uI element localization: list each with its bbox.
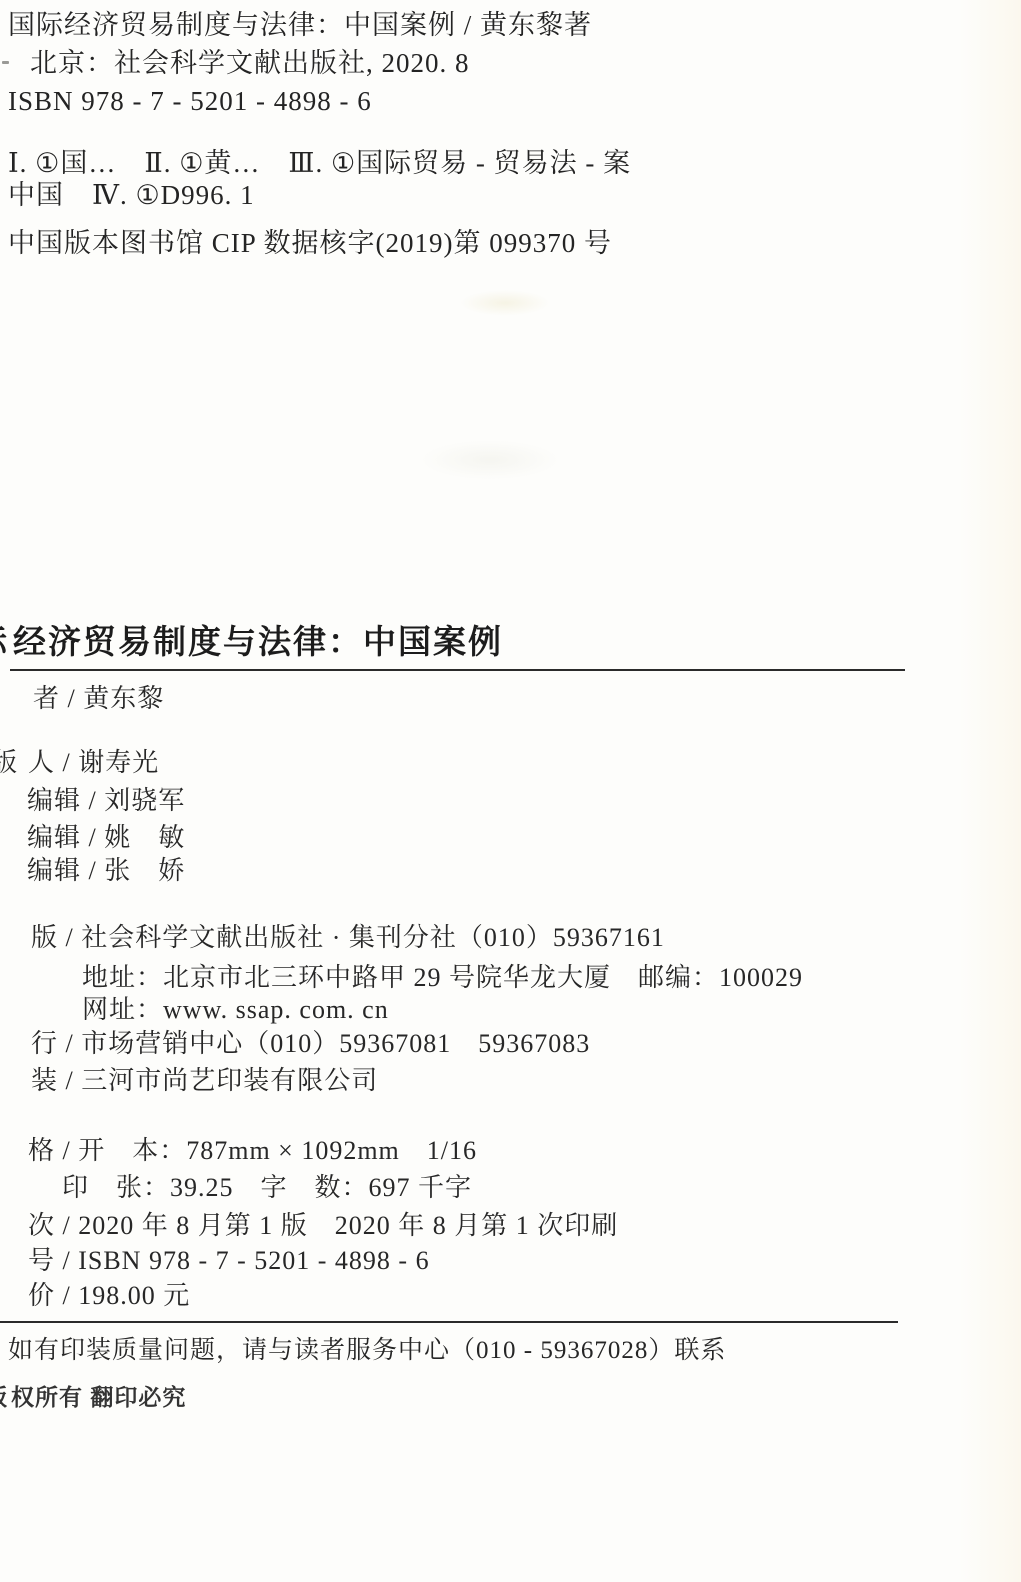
publisher-website: 网址：www. ssap. com. cn bbox=[82, 994, 389, 1025]
book-title-text: 经济贸易制度与法律：中国案例 bbox=[13, 623, 503, 660]
title-divider bbox=[10, 669, 905, 671]
rights-statement: 版权所有 翻印必究 bbox=[0, 1383, 186, 1411]
cip-isbn-line: ISBN 978 - 7 - 5201 - 4898 - 6 bbox=[8, 84, 372, 118]
book-copyright-page: 国际经济贸易制度与法律：中国案例 / 黄东黎著 北京：社会科学文献出版社, 20… bbox=[0, 0, 1021, 1582]
quality-notice: 如有印装质量问题，请与读者服务中心（010 - 59367028）联系 bbox=[8, 1336, 726, 1366]
cip-registration-line: 中国版本图书馆 CIP 数据核字(2019)第 099370 号 bbox=[8, 226, 612, 260]
price-line: 价 / 198.00 元 bbox=[28, 1280, 190, 1311]
credit-editor-3: 编辑 / 张 娇 bbox=[27, 855, 185, 886]
footer-divider bbox=[0, 1321, 898, 1323]
scan-artifact-smudge bbox=[420, 440, 560, 480]
format-sheets-line: 印 张：39.25 字 数：697 千字 bbox=[62, 1172, 472, 1203]
credit-author: 者 / 黄东黎 bbox=[33, 683, 164, 714]
format-size-line: 格 / 开 本：787mm × 1092mm 1/16 bbox=[28, 1135, 477, 1166]
isbn-line: 号 / ISBN 978 - 7 - 5201 - 4898 - 6 bbox=[28, 1245, 430, 1276]
distribution-line: 行 / 市场营销中心（010）59367081 59367083 bbox=[31, 1028, 590, 1059]
credit-editor-2: 编辑 / 姚 敏 bbox=[27, 822, 185, 853]
publisher-line: 版 / 社会科学文献出版社 · 集刊分社（010）59367161 bbox=[31, 922, 665, 953]
publisher-address: 地址：北京市北三环中路甲 29 号院华龙大厦 邮编：100029 bbox=[82, 962, 803, 993]
scan-artifact-smudge bbox=[460, 290, 550, 316]
cip-publisher-line: 北京：社会科学文献出版社, 2020. 8 bbox=[30, 46, 470, 80]
cip-classification-line-2: 中国 Ⅳ. ①D996. 1 bbox=[8, 178, 255, 212]
clipped-char-fragment: 版 bbox=[0, 1383, 7, 1411]
book-title: 际经济贸易制度与法律：中国案例 bbox=[0, 622, 503, 662]
credit-publisher-person: 版人 / 谢寿光 bbox=[0, 747, 159, 778]
clipped-char-fragment: 版 bbox=[0, 747, 17, 778]
scan-artifact-dash bbox=[2, 61, 9, 64]
clipped-char-fragment: 际 bbox=[0, 622, 9, 662]
cip-classification-line-1: Ⅰ. ①国… Ⅱ. ①黄… Ⅲ. ①国际贸易 - 贸易法 - 案 bbox=[8, 146, 631, 180]
edition-line: 次 / 2020 年 8 月第 1 版 2020 年 8 月第 1 次印刷 bbox=[28, 1210, 618, 1241]
credit-editor-1: 编辑 / 刘骁军 bbox=[27, 785, 185, 816]
cip-title-line: 国际经济贸易制度与法律：中国案例 / 黄东黎著 bbox=[8, 8, 592, 42]
printing-company-line: 装 / 三河市尚艺印装有限公司 bbox=[31, 1065, 378, 1096]
